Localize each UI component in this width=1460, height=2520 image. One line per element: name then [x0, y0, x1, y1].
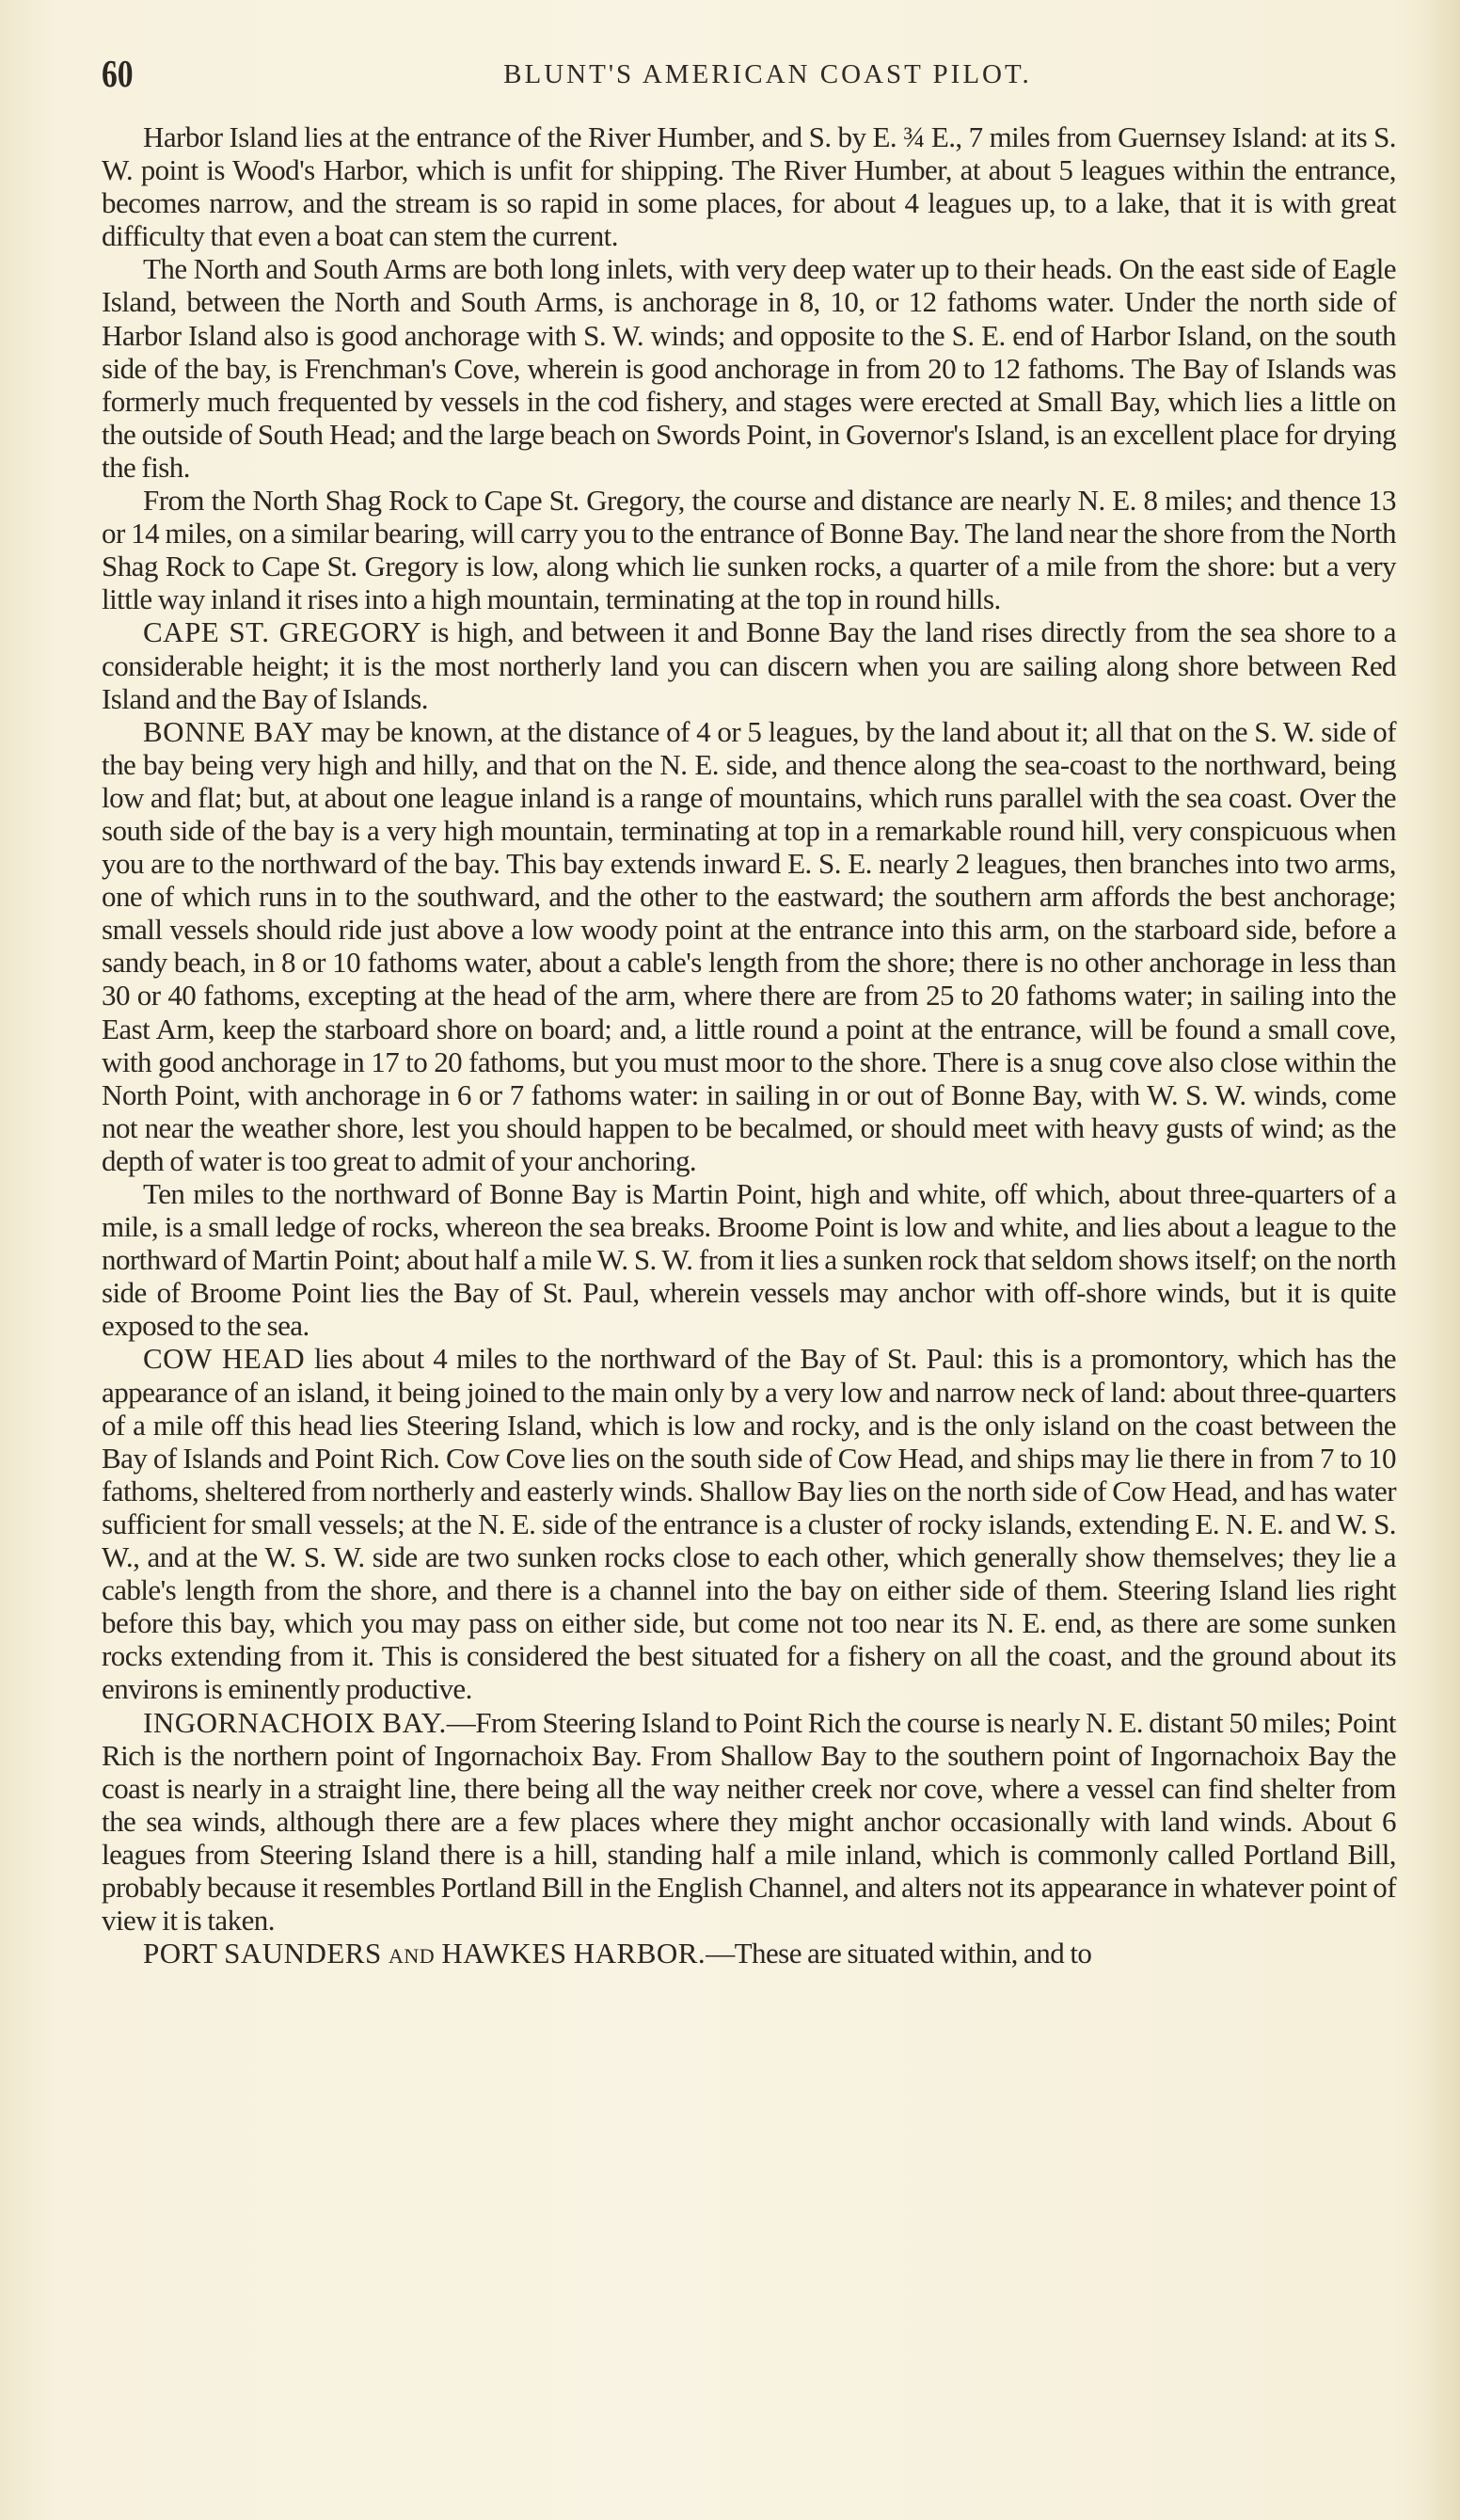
paragraph-cow-head: COW HEAD lies about 4 miles to the north…: [102, 1342, 1396, 1705]
paragraph-ingornachoix-bay: INGORNACHOIX BAY.—From Steering Island t…: [102, 1706, 1396, 1938]
running-head: BLUNT'S AMERICAN COAST PILOT.: [102, 59, 1396, 90]
page-header: 60 BLUNT'S AMERICAN COAST PILOT.: [102, 0, 1396, 104]
paragraph-text: Ten miles to the northward of Bonne Bay …: [102, 1177, 1396, 1342]
body-text: Harbor Island lies at the entrance of th…: [102, 120, 1396, 1970]
paragraph-text: The North and South Arms are both long i…: [102, 252, 1396, 484]
section-heading-cow-head: COW HEAD: [143, 1342, 305, 1375]
book-page: 60 BLUNT'S AMERICAN COAST PILOT. Harbor …: [102, 0, 1396, 104]
paragraph-north-shag-rock: From the North Shag Rock to Cape St. Gre…: [102, 484, 1396, 615]
paragraph-text: Harbor Island lies at the entrance of th…: [102, 120, 1396, 252]
page-edge-shadow: [1422, 0, 1460, 2520]
paragraph-text: —These are situated within, and to: [706, 1937, 1091, 1970]
section-heading-cape-st-gregory: CAPE ST. GREGORY: [143, 615, 421, 648]
paragraph-text: may be known, at the distance of 4 or 5 …: [102, 715, 1396, 1177]
paragraph-north-south-arms: The North and South Arms are both long i…: [102, 252, 1396, 484]
paragraph-cape-st-gregory: CAPE ST. GREGORY is high, and between it…: [102, 615, 1396, 714]
paragraph-bonne-bay: BONNE BAY may be known, at the distance …: [102, 715, 1396, 1177]
paragraph-harbor-island: Harbor Island lies at the entrance of th…: [102, 120, 1396, 252]
section-heading-bonne-bay: BONNE BAY: [143, 715, 314, 748]
section-heading-ingornachoix-bay: INGORNACHOIX BAY.: [143, 1706, 447, 1739]
paragraph-text: —From Steering Island to Point Rich the …: [102, 1706, 1396, 1938]
section-heading-port-saunders: PORT SAUNDERS and HAWKES HARBOR.: [143, 1937, 706, 1970]
paragraph-martin-point: Ten miles to the northward of Bonne Bay …: [102, 1177, 1396, 1342]
paragraph-port-saunders: PORT SAUNDERS and HAWKES HARBOR.—These a…: [102, 1937, 1396, 1970]
paragraph-text: From the North Shag Rock to Cape St. Gre…: [102, 484, 1396, 615]
paragraph-text: lies about 4 miles to the northward of t…: [102, 1342, 1396, 1705]
